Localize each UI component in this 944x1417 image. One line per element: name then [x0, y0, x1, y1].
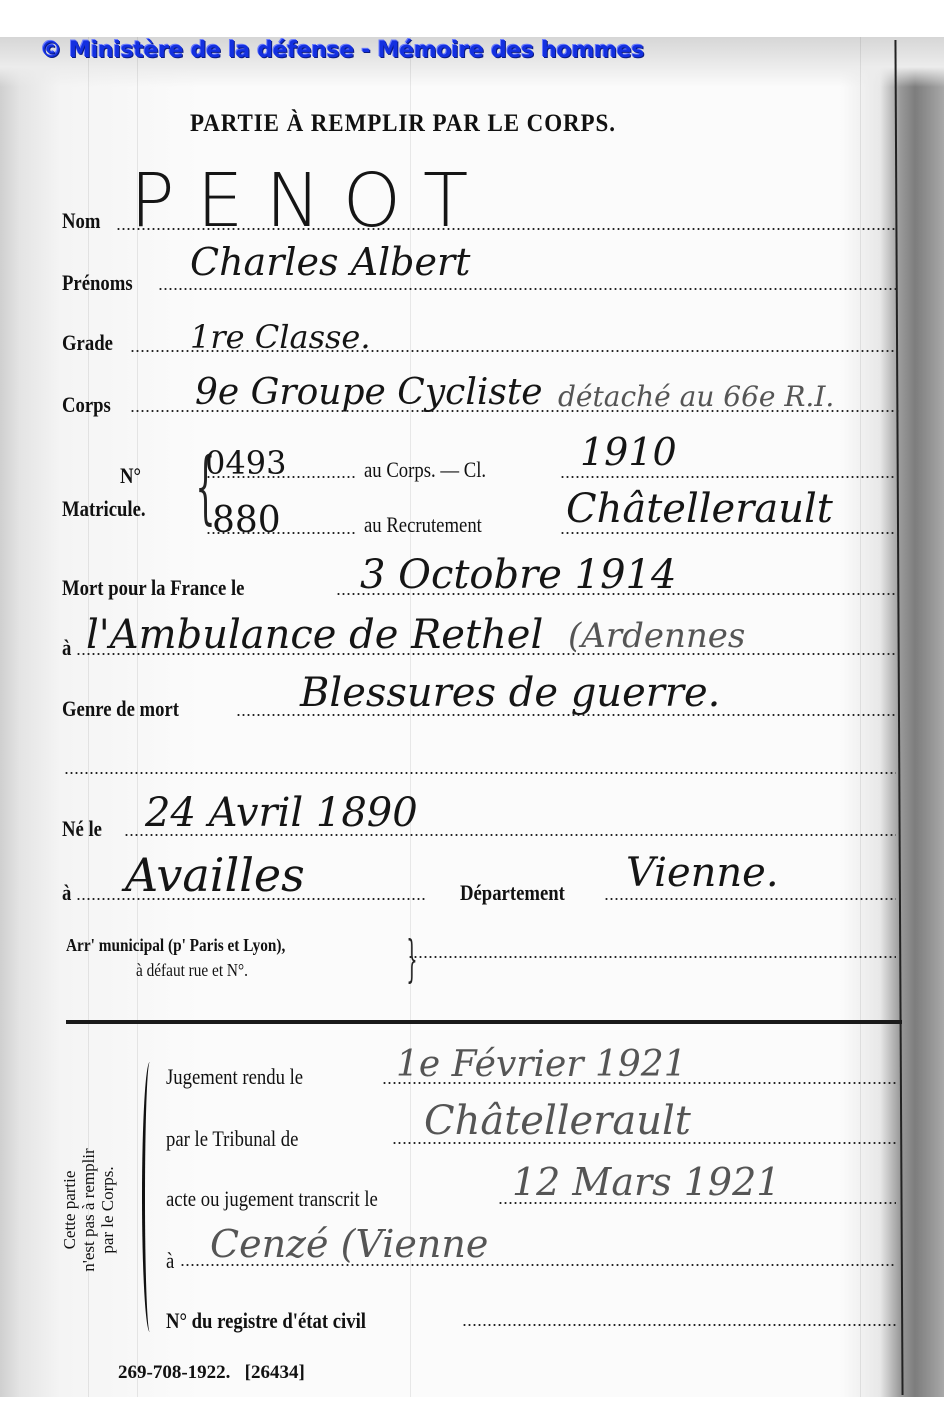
departement-dotted-line: [604, 898, 896, 900]
nom-value: PENOT: [130, 158, 490, 244]
arrondissement-dotted-line: [408, 956, 896, 958]
departement-value: Vienne.: [626, 850, 779, 896]
grade-value: 1re Classe.: [190, 318, 371, 356]
transcrit-le-value: 12 Mars 1921: [512, 1160, 780, 1204]
tribunal-value: Châtellerault: [424, 1098, 691, 1144]
transcrit-a-label: à: [166, 1248, 174, 1274]
matricule-label: Matricule.: [62, 496, 146, 522]
matricule-corps-dotted-line: [206, 476, 356, 478]
corps-label: Corps: [62, 392, 111, 418]
jugement-brace: [142, 1062, 155, 1332]
nom-label: Nom: [62, 208, 100, 234]
matricule-recrutement-dotted-line: [206, 532, 356, 534]
blank-dotted-line: [64, 772, 896, 774]
transcrit-a-value: Cenzé (Vienne: [210, 1222, 488, 1266]
jugement-rendu-value: 1e Février 1921: [396, 1044, 687, 1085]
mort-le-value: 3 Octobre 1914: [360, 552, 676, 598]
prenoms-value: Charles Albert: [190, 240, 470, 284]
mort-a-label: à: [62, 635, 71, 661]
recrutement-place-value: Châtellerault: [566, 486, 833, 532]
corps-value: 9e Groupe Cycliste: [195, 372, 543, 413]
matricule-corps-label: au Corps. — Cl.: [364, 457, 486, 483]
mort-a-value: l'Ambulance de Rethel: [86, 612, 543, 658]
registre-dotted-line: [462, 1324, 896, 1326]
ne-le-label: Né le: [62, 816, 102, 842]
scan-fold-line: [860, 37, 861, 1397]
side-note-line: Cette partie: [60, 1090, 79, 1330]
side-note-line: n'est pas à remplir: [79, 1090, 98, 1330]
ne-le-value: 24 Avril 1890: [145, 790, 418, 836]
ne-a-label: à: [62, 880, 71, 906]
classe-value: 1910: [580, 430, 677, 474]
jugement-rendu-label: Jugement rendu le: [166, 1064, 303, 1090]
side-note-line: par le Corps.: [98, 1090, 117, 1330]
prenoms-dotted-line: [158, 288, 896, 290]
corps-annotation: détaché au 66e R.I.: [558, 380, 834, 413]
classe-dotted-line: [560, 476, 896, 478]
arrondissement-label-line1: Arr' municipal (p' Paris et Lyon),: [66, 935, 285, 956]
transcrit-le-label: acte ou jugement transcrit le: [166, 1186, 378, 1212]
tribunal-label: par le Tribunal de: [166, 1126, 298, 1152]
grade-label: Grade: [62, 330, 113, 356]
mort-a-annotation: (Ardennes: [568, 616, 745, 656]
matricule-no-label: N°: [120, 463, 141, 489]
genre-mort-label: Genre de mort: [62, 696, 179, 722]
genre-mort-value: Blessures de guerre.: [300, 670, 720, 716]
section-divider-rule: [66, 1020, 902, 1024]
copyright-watermark: © Ministère de la défense - Mémoire des …: [40, 38, 644, 63]
registre-label: N° du registre d'état civil: [166, 1308, 366, 1334]
matricule-recrutement-value: 880: [212, 500, 281, 541]
form-title: PARTIE À REMPLIR PAR LE CORPS.: [190, 110, 616, 138]
recrutement-dotted-line: [560, 532, 896, 534]
print-reference: 269-708-1922. [26434]: [118, 1362, 305, 1384]
arrondissement-brace: }: [406, 930, 417, 988]
ne-a-value: Availles: [125, 848, 305, 902]
recrutement-label: au Recrutement: [364, 512, 482, 538]
mort-le-label: Mort pour la France le: [62, 575, 244, 601]
arrondissement-label-line2: à défaut rue et N°.: [136, 960, 248, 981]
departement-label: Département: [460, 880, 565, 906]
prenoms-label: Prénoms: [62, 270, 133, 296]
